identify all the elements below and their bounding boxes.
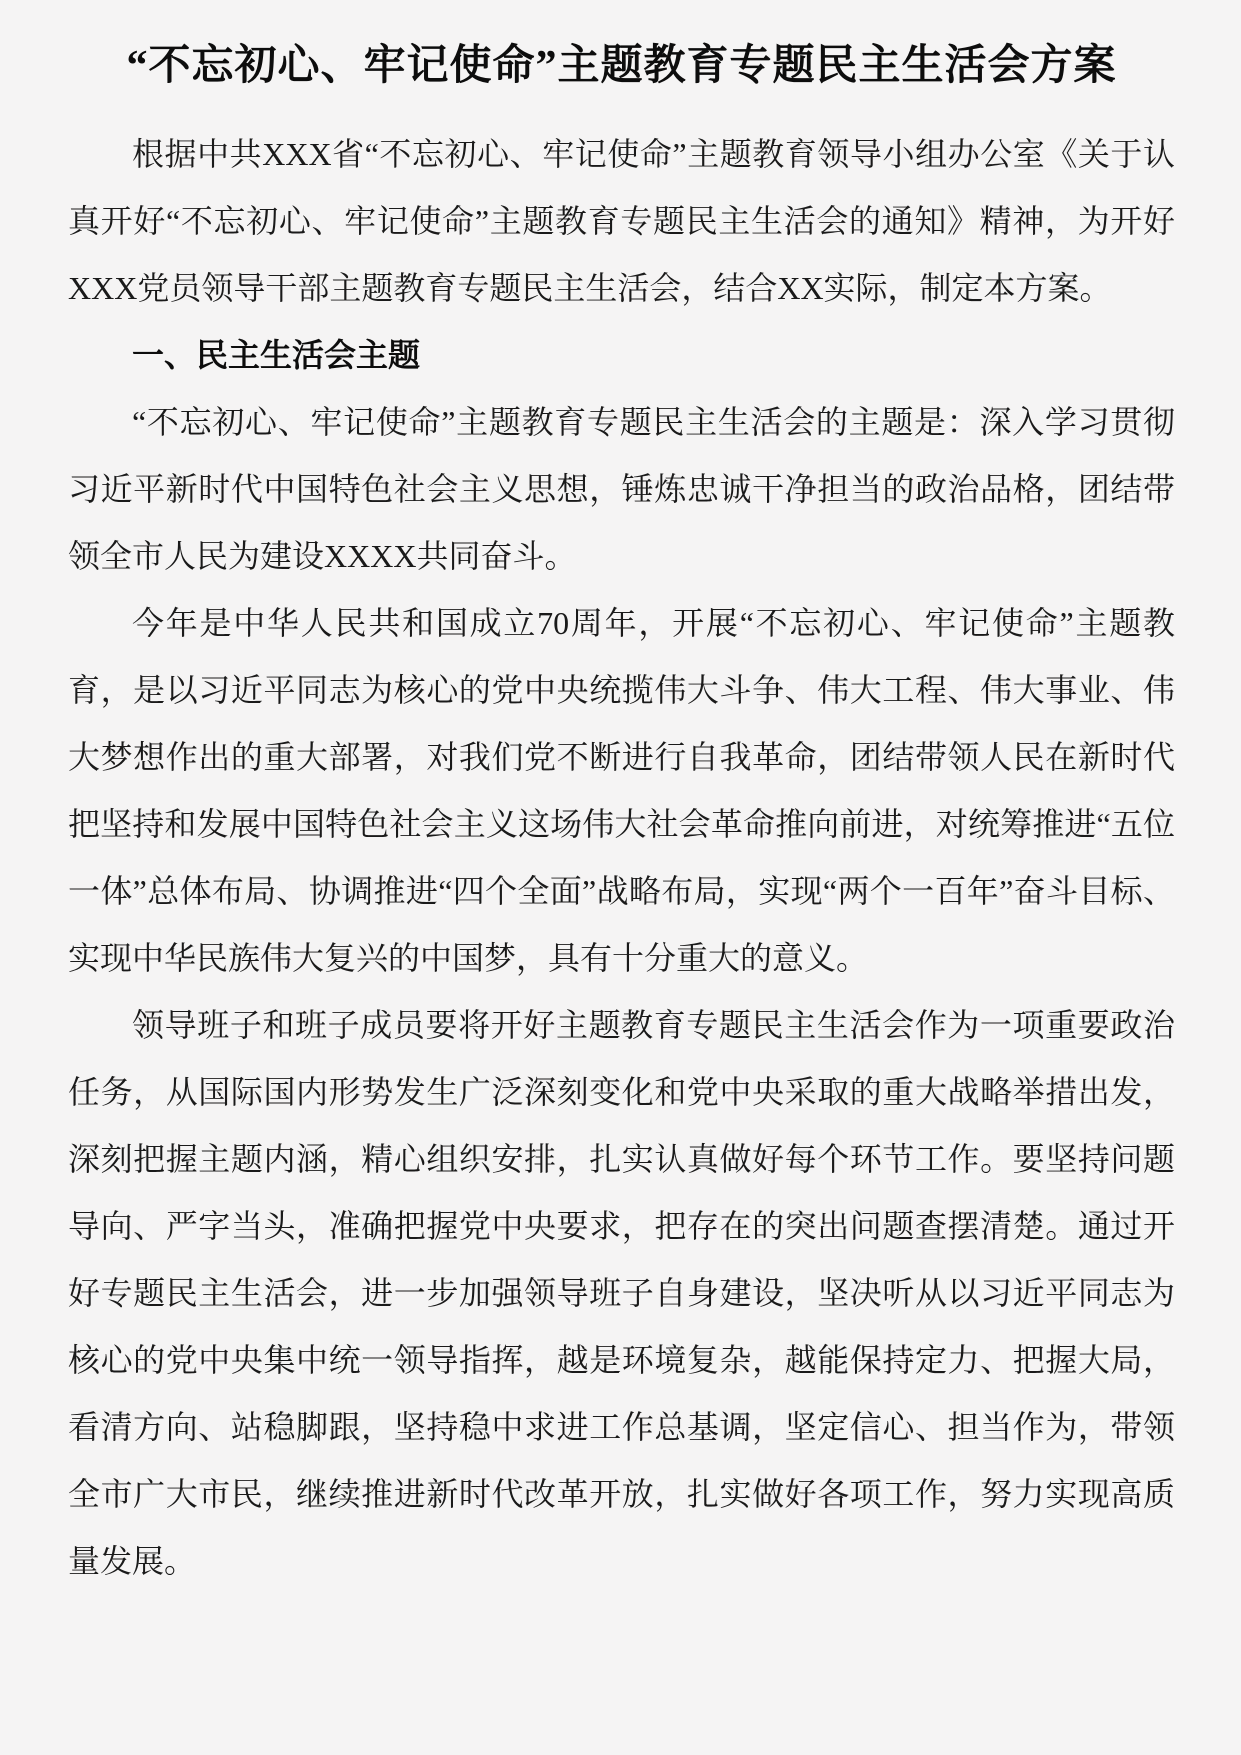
body-paragraph: 根据中共XXX省“不忘初心、牢记使命”主题教育领导小组办公室《关于认真开好“不忘… bbox=[68, 121, 1175, 322]
section-heading: 一、民主生活会主题 bbox=[68, 322, 1175, 389]
document-page: “不忘初心、牢记使命”主题教育专题民主生活会方案 根据中共XXX省“不忘初心、牢… bbox=[0, 0, 1241, 1755]
body-paragraph: 今年是中华人民共和国成立70周年，开展“不忘初心、牢记使命”主题教育，是以习近平… bbox=[68, 590, 1175, 992]
document-body: 根据中共XXX省“不忘初心、牢记使命”主题教育领导小组办公室《关于认真开好“不忘… bbox=[68, 121, 1175, 1595]
document-title: “不忘初心、牢记使命”主题教育专题民主生活会方案 bbox=[68, 40, 1175, 93]
body-paragraph: 领导班子和班子成员要将开好主题教育专题民主生活会作为一项重要政治任务，从国际国内… bbox=[68, 992, 1175, 1595]
body-paragraph: “不忘初心、牢记使命”主题教育专题民主生活会的主题是：深入学习贯彻习近平新时代中… bbox=[68, 389, 1175, 590]
